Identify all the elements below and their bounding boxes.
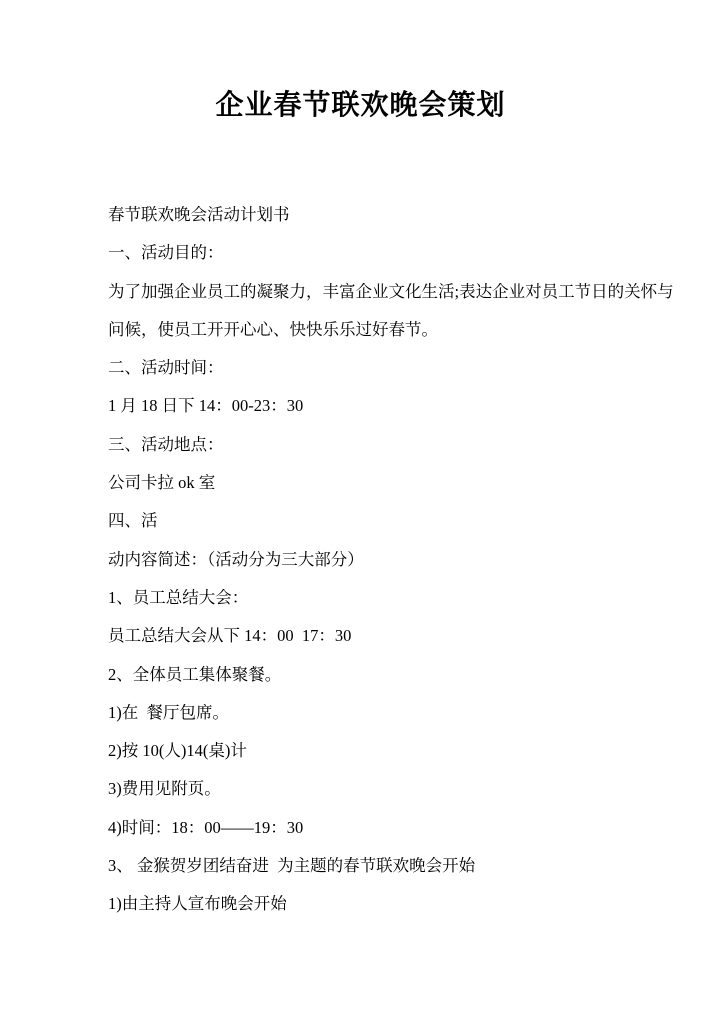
document-title: 企业春节联欢晚会策划: [0, 83, 721, 123]
document-line: 1)在 餐厅包席。: [108, 694, 641, 732]
document-line: 2)按 10(人)14(桌)计: [108, 732, 641, 770]
document-line: 一、活动目的：: [108, 234, 641, 272]
document-line: 1 月 18 日下 14：00-23：30: [108, 387, 641, 425]
document-line: 2、全体员工集体聚餐。: [108, 656, 641, 694]
document-line: 春节联欢晚会活动计划书: [108, 196, 641, 234]
document-line: 三、活动地点：: [108, 426, 641, 464]
document-line: 公司卡拉 ok 室: [108, 464, 641, 502]
document-line: 3)费用见附页。: [108, 770, 641, 808]
document-line: 3、 金猴贺岁团结奋进 为主题的春节联欢晚会开始: [108, 847, 641, 885]
document-page: 企业春节联欢晚会策划 春节联欢晚会活动计划书 一、活动目的： 为了加强企业员工的…: [0, 0, 721, 1020]
document-line: 动内容简述：（活动分为三大部分）: [108, 541, 641, 579]
document-body: 春节联欢晚会活动计划书 一、活动目的： 为了加强企业员工的凝聚力，丰富企业文化生…: [108, 196, 641, 924]
document-line: 二、活动时间：: [108, 349, 641, 387]
document-line: 四、活: [108, 502, 641, 540]
document-line: 1)由主持人宣布晚会开始: [108, 885, 641, 923]
document-line: 1、员工总结大会：: [108, 579, 641, 617]
document-line: 为了加强企业员工的凝聚力，丰富企业文化生活;表达企业对员工节日的关怀与: [108, 273, 641, 311]
document-line: 员工总结大会从下 14：00 17：30: [108, 617, 641, 655]
document-line: 问候，使员工开开心心、快快乐乐过好春节。: [108, 311, 641, 349]
document-line: 4)时间：18：00——19：30: [108, 809, 641, 847]
